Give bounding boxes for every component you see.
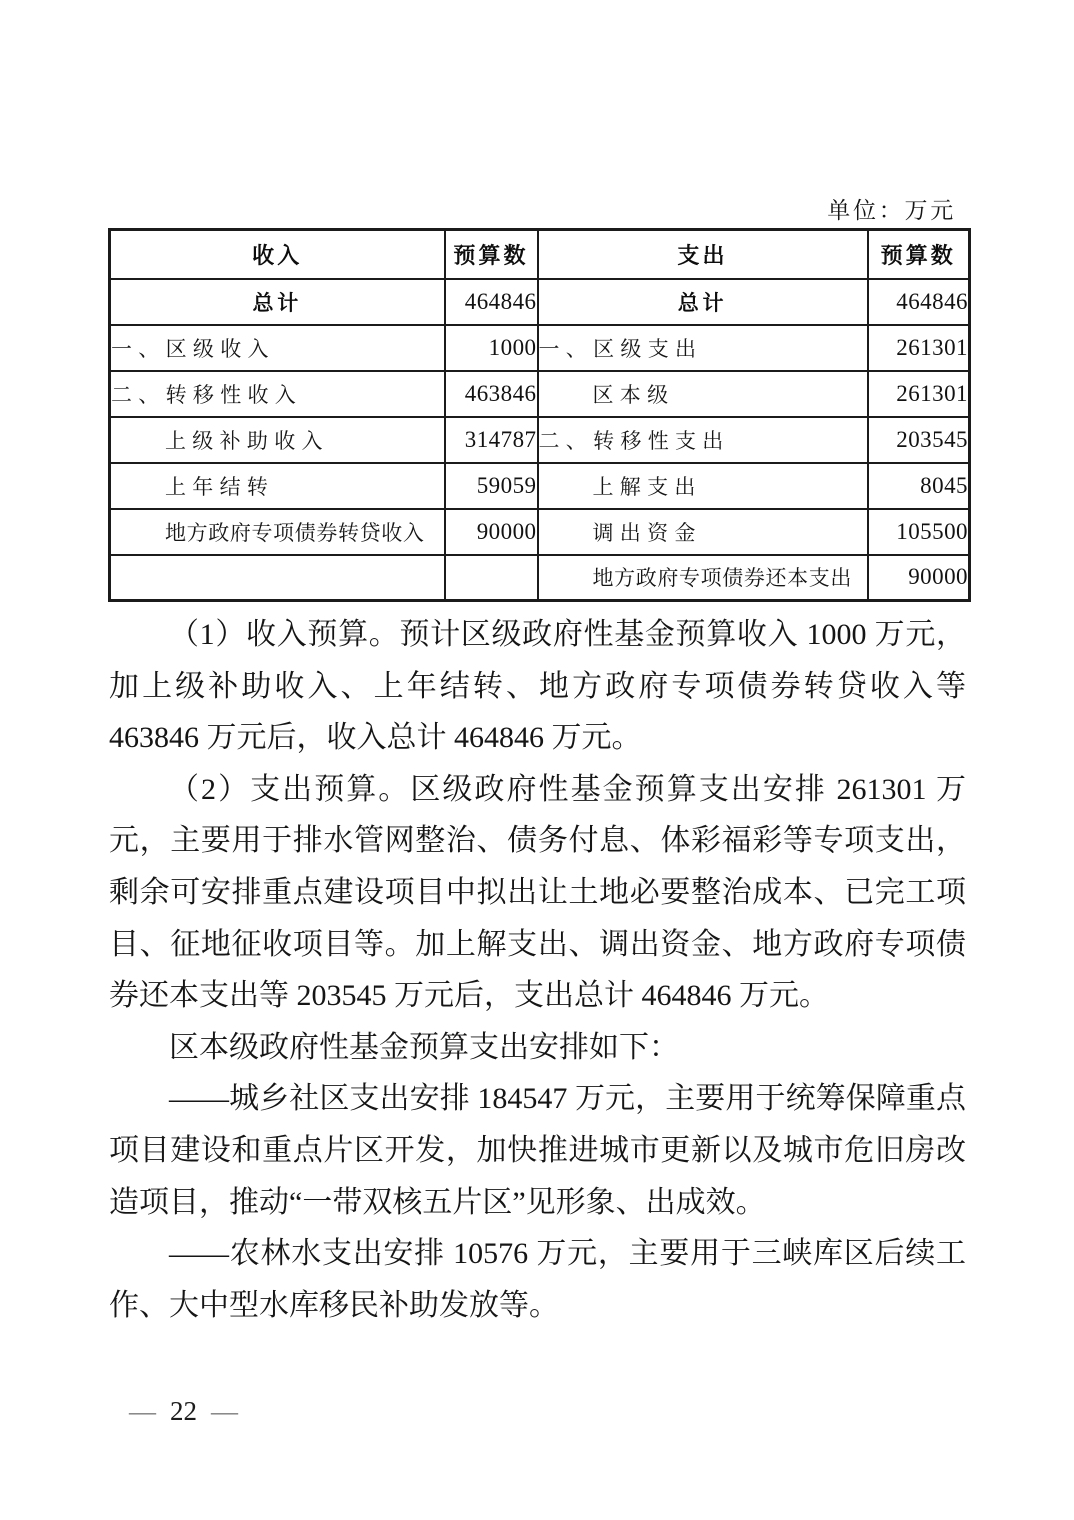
paragraph-expense-budget: （2）支出预算。区级政府性基金预算支出安排 261301 万元，主要用于排水管网…: [109, 764, 966, 1022]
body-text: （1）收入预算。预计区级政府性基金预算收入 1000 万元，加上级补助收入、上年…: [109, 609, 966, 1331]
income-label-cell: 一、区级收入: [110, 325, 445, 371]
header-income-budget: 预算数: [445, 230, 538, 279]
income-label-cell: 二、转移性收入: [110, 371, 445, 417]
income-label-cell: 上级补助收入: [110, 417, 445, 463]
table-row: 地方政府专项债券还本支出 90000: [110, 555, 970, 601]
expense-label-cell: 总计: [538, 279, 868, 325]
income-label-cell: 上年结转: [110, 463, 445, 509]
header-expense-budget: 预算数: [868, 230, 970, 279]
income-value-cell: 59059: [445, 463, 538, 509]
expense-value-cell: 464846: [868, 279, 970, 325]
table-row: 二、转移性收入 463846 区本级 261301: [110, 371, 970, 417]
expense-label-cell: 上解支出: [538, 463, 868, 509]
footer-dash-right: —: [211, 1396, 238, 1426]
expense-label-cell: 区本级: [538, 371, 868, 417]
table-header-row: 收入 预算数 支出 预算数: [110, 230, 970, 279]
expense-value-cell: 203545: [868, 417, 970, 463]
paragraph-district-intro: 区本级政府性基金预算支出安排如下：: [109, 1022, 966, 1074]
expense-label-cell: 一、区级支出: [538, 325, 868, 371]
income-label-cell: 地方政府专项债券转贷收入: [110, 509, 445, 555]
expense-value-cell: 261301: [868, 371, 970, 417]
expense-label-cell: 二、转移性支出: [538, 417, 868, 463]
expense-label-cell: 地方政府专项债券还本支出: [538, 555, 868, 601]
table-row: 上年结转 59059 上解支出 8045: [110, 463, 970, 509]
header-income: 收入: [110, 230, 445, 279]
income-label-cell: [110, 555, 445, 601]
page-number: 22: [170, 1396, 197, 1426]
income-label-cell: 总计: [110, 279, 445, 325]
paragraph-agriculture-water: ——农林水支出安排 10576 万元，主要用于三峡库区后续工作、大中型水库移民补…: [109, 1228, 966, 1331]
table-row: 上级补助收入 314787 二、转移性支出 203545: [110, 417, 970, 463]
expense-value-cell: 8045: [868, 463, 970, 509]
expense-value-cell: 261301: [868, 325, 970, 371]
income-value-cell: 90000: [445, 509, 538, 555]
expense-label-cell: 调出资金: [538, 509, 868, 555]
paragraph-urban-community: ——城乡社区支出安排 184547 万元，主要用于统筹保障重点项目建设和重点片区…: [109, 1073, 966, 1228]
page-footer: —22—: [129, 1396, 238, 1427]
paragraph-income-budget: （1）收入预算。预计区级政府性基金预算收入 1000 万元，加上级补助收入、上年…: [109, 609, 966, 764]
expense-value-cell: 105500: [868, 509, 970, 555]
table-row: 地方政府专项债券转贷收入 90000 调出资金 105500: [110, 509, 970, 555]
income-value-cell: 1000: [445, 325, 538, 371]
income-value-cell: [445, 555, 538, 601]
document-page: 单位：万元 收入 预算数 支出 预算数 总计 464846 总计 464846 …: [0, 0, 1074, 1520]
income-value-cell: 314787: [445, 417, 538, 463]
header-expense: 支出: [538, 230, 868, 279]
table-row: 总计 464846 总计 464846: [110, 279, 970, 325]
income-value-cell: 463846: [445, 371, 538, 417]
income-value-cell: 464846: [445, 279, 538, 325]
budget-table: 收入 预算数 支出 预算数 总计 464846 总计 464846 一、区级收入…: [108, 228, 971, 602]
footer-dash-left: —: [129, 1396, 156, 1426]
table-row: 一、区级收入 1000 一、区级支出 261301: [110, 325, 970, 371]
unit-label: 单位：万元: [827, 192, 956, 225]
expense-value-cell: 90000: [868, 555, 970, 601]
